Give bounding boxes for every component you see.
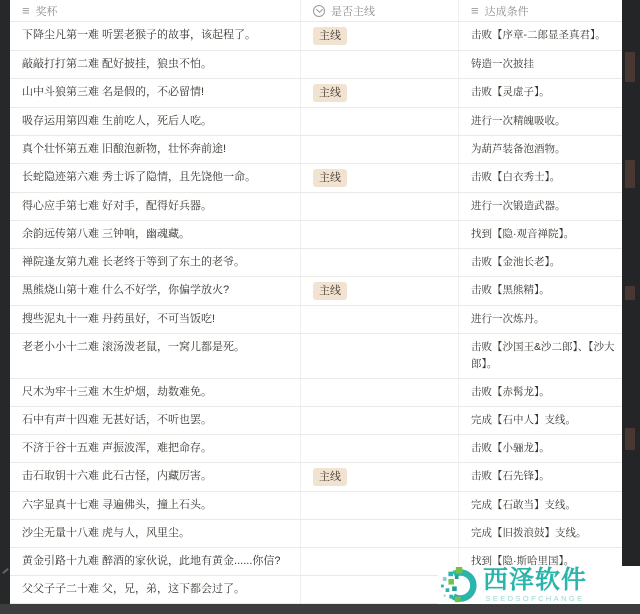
column-label: 奖杯 — [36, 3, 58, 19]
mainline-cell[interactable] — [300, 249, 458, 276]
column-header-condition[interactable]: ≡ 达成条件 — [458, 0, 622, 21]
right-strip-artifact — [625, 160, 635, 188]
table-row: 山中斗狼第三难 名是假的，不必留情! 主线 击败【灵虚子】。 — [10, 79, 622, 108]
watermark: 西泽软件 SEEDSOFCHANGE — [438, 566, 640, 604]
table-header-row: ≡ 奖杯 是否主线 ≡ 达成条件 — [10, 0, 622, 22]
condition-cell[interactable]: 找到【隐·观音禅院】。 — [458, 221, 622, 248]
trophy-cell[interactable]: 尺木为牢十三难 木生炉烟，劫数难免。 — [10, 379, 300, 406]
condition-cell[interactable]: 铸造一次披挂 — [458, 51, 622, 78]
mainline-cell[interactable]: 主线 — [300, 164, 458, 192]
mainline-cell[interactable]: 主线 — [300, 463, 458, 491]
table-row: 黑熊烧山第十难 什么不好学，你偏学放火? 主线 击败【黑熊精】。 — [10, 277, 622, 306]
mainline-cell[interactable] — [300, 108, 458, 135]
trophy-cell[interactable]: 山中斗狼第三难 名是假的，不必留情! — [10, 79, 300, 107]
left-strip-notch — [2, 568, 9, 574]
mainline-badge[interactable]: 主线 — [313, 169, 347, 187]
condition-cell[interactable]: 击败【金池长老】。 — [458, 249, 622, 276]
trophy-cell[interactable]: 击石取钥十六难 此石古怪，内藏厉害。 — [10, 463, 300, 491]
trophy-cell[interactable]: 沙尘无量十八难 虎与人，风里尘。 — [10, 520, 300, 547]
table-row: 下降尘凡第一难 听罢老猴子的故事，该起程了。 主线 击败【序章-二郎显圣真君】。 — [10, 22, 622, 51]
trophy-cell[interactable]: 六字显真十七难 寻遍佛头，撞上石头。 — [10, 492, 300, 519]
condition-cell[interactable]: 完成【石中人】支线。 — [458, 407, 622, 434]
trophy-cell[interactable]: 搜些泥丸十一难 丹药虽好，不可当饭吃! — [10, 306, 300, 333]
trophy-cell[interactable]: 禅院逢友第九难 长老终于等到了东土的老爷。 — [10, 249, 300, 276]
column-header-trophy[interactable]: ≡ 奖杯 — [10, 0, 300, 21]
mainline-badge[interactable]: 主线 — [313, 27, 347, 45]
condition-cell[interactable]: 完成【石敢当】支线。 — [458, 492, 622, 519]
table-row: 六字显真十七难 寻遍佛头，撞上石头。 完成【石敢当】支线。 — [10, 492, 622, 520]
condition-cell[interactable]: 击败【白衣秀士】。 — [458, 164, 622, 192]
mainline-cell[interactable]: 主线 — [300, 22, 458, 50]
right-strip-artifact — [625, 52, 635, 82]
condition-cell[interactable]: 击败【小骊龙】。 — [458, 435, 622, 462]
trophy-cell[interactable]: 老老小小十二难 滚汤泼老鼠，一窝儿都是死。 — [10, 334, 300, 378]
table-row: 余韵远传第八难 三钟响，幽魂藏。 找到【隐·观音禅院】。 — [10, 221, 622, 249]
trophy-cell[interactable]: 余韵远传第八难 三钟响，幽魂藏。 — [10, 221, 300, 248]
table-row: 吸存运用第四难 生前吃人，死后人吃。 进行一次精魄吸收。 — [10, 108, 622, 136]
column-header-mainline[interactable]: 是否主线 — [300, 0, 458, 21]
trophy-cell[interactable]: 黄金引路十九难 醉酒的家伙说，此地有黄金......你信? — [10, 548, 300, 575]
mainline-badge[interactable]: 主线 — [313, 468, 347, 486]
mainline-cell[interactable] — [300, 136, 458, 163]
trophy-cell[interactable]: 敲敲打打第二难 配好披挂，狼虫不怕。 — [10, 51, 300, 78]
mainline-cell[interactable] — [300, 520, 458, 547]
trophy-cell[interactable]: 下降尘凡第一难 听罢老猴子的故事，该起程了。 — [10, 22, 300, 50]
right-strip-artifact — [625, 428, 635, 450]
table-row: 搜些泥丸十一难 丹药虽好，不可当饭吃! 进行一次炼丹。 — [10, 306, 622, 334]
condition-cell[interactable]: 进行一次炼丹。 — [458, 306, 622, 333]
mainline-cell[interactable] — [300, 435, 458, 462]
table-row: 得心应手第七难 好对手，配得好兵器。 进行一次锻造武器。 — [10, 193, 622, 221]
condition-cell[interactable]: 击败【灵虚子】。 — [458, 79, 622, 107]
mainline-cell[interactable]: 主线 — [300, 277, 458, 305]
bottom-dark-band — [0, 604, 640, 614]
condition-cell[interactable]: 进行一次精魄吸收。 — [458, 108, 622, 135]
watermark-subtitle: SEEDSOFCHANGE — [485, 594, 584, 603]
table-row: 真个壮怀第五难 旧酿泡新物，壮怀奔前途! 为葫芦装备泡酒物。 — [10, 136, 622, 164]
watermark-logo-icon — [441, 567, 478, 604]
mainline-cell[interactable] — [300, 51, 458, 78]
trophy-cell[interactable]: 黑熊烧山第十难 什么不好学，你偏学放火? — [10, 277, 300, 305]
trophy-cell[interactable]: 吸存运用第四难 生前吃人，死后人吃。 — [10, 108, 300, 135]
mainline-cell[interactable] — [300, 193, 458, 220]
condition-cell[interactable]: 击败【石先锋】。 — [458, 463, 622, 491]
trophy-table: ≡ 奖杯 是否主线 ≡ 达成条件 下降尘凡第一难 听罢老猴子的故事，该起程了。 … — [10, 0, 622, 604]
mainline-cell[interactable] — [300, 221, 458, 248]
mainline-badge[interactable]: 主线 — [313, 84, 347, 102]
condition-cell[interactable]: 进行一次锻造武器。 — [458, 193, 622, 220]
trophy-cell[interactable]: 真个壮怀第五难 旧酿泡新物，壮怀奔前途! — [10, 136, 300, 163]
mainline-cell[interactable] — [300, 407, 458, 434]
table-row: 沙尘无量十八难 虎与人，风里尘。 完成【旧拨浪鼓】支线。 — [10, 520, 622, 548]
mainline-cell[interactable] — [300, 306, 458, 333]
mainline-cell[interactable] — [300, 492, 458, 519]
right-dark-strip — [622, 0, 640, 614]
table-row: 尺木为牢十三难 木生炉烟，劫数难免。 击败【赤髯龙】。 — [10, 379, 622, 407]
trophy-cell[interactable]: 得心应手第七难 好对手，配得好兵器。 — [10, 193, 300, 220]
list-icon: ≡ — [471, 4, 479, 17]
condition-cell[interactable]: 为葫芦装备泡酒物。 — [458, 136, 622, 163]
trophy-cell[interactable]: 石中有声十四难 无甚好话，不听也罢。 — [10, 407, 300, 434]
mainline-cell[interactable] — [300, 379, 458, 406]
column-label: 是否主线 — [331, 3, 375, 19]
column-label: 达成条件 — [485, 3, 529, 19]
mainline-cell[interactable] — [300, 576, 458, 603]
trophy-cell[interactable]: 不济于谷十五难 声振波浑，难把命存。 — [10, 435, 300, 462]
condition-cell[interactable]: 击败【沙国王&沙二郎】、【沙大郎】。 — [458, 334, 622, 378]
table-row: 长蛇隐迹第六难 秀士诉了隐情，且先饶他一命。 主线 击败【白衣秀士】。 — [10, 164, 622, 193]
select-icon — [313, 5, 325, 17]
mainline-cell[interactable]: 主线 — [300, 79, 458, 107]
mainline-badge[interactable]: 主线 — [313, 282, 347, 300]
left-dark-strip — [0, 0, 10, 614]
right-strip-artifact — [625, 286, 635, 300]
watermark-title: 西泽软件 — [483, 567, 587, 594]
mainline-cell[interactable] — [300, 334, 458, 378]
table-row: 击石取钥十六难 此石古怪，内藏厉害。 主线 击败【石先锋】。 — [10, 463, 622, 492]
condition-cell[interactable]: 击败【赤髯龙】。 — [458, 379, 622, 406]
condition-cell[interactable]: 击败【黑熊精】。 — [458, 277, 622, 305]
condition-cell[interactable]: 击败【序章-二郎显圣真君】。 — [458, 22, 622, 50]
trophy-table-body: 下降尘凡第一难 听罢老猴子的故事，该起程了。 主线 击败【序章-二郎显圣真君】。… — [10, 22, 622, 604]
table-row: 老老小小十二难 滚汤泼老鼠，一窝儿都是死。 击败【沙国王&沙二郎】、【沙大郎】。 — [10, 334, 622, 379]
table-row: 禅院逢友第九难 长老终于等到了东土的老爷。 击败【金池长老】。 — [10, 249, 622, 277]
list-icon: ≡ — [22, 4, 30, 17]
table-row: 敲敲打打第二难 配好披挂，狼虫不怕。 铸造一次披挂 — [10, 51, 622, 79]
trophy-cell[interactable]: 长蛇隐迹第六难 秀士诉了隐情，且先饶他一命。 — [10, 164, 300, 192]
table-row: 石中有声十四难 无甚好话，不听也罢。 完成【石中人】支线。 — [10, 407, 622, 435]
table-row: 不济于谷十五难 声振波浑，难把命存。 击败【小骊龙】。 — [10, 435, 622, 463]
trophy-cell[interactable]: 父父子子二十难 父，兄，弟，这下都会过了。 — [10, 576, 300, 603]
mainline-cell[interactable] — [300, 548, 458, 575]
condition-cell[interactable]: 完成【旧拨浪鼓】支线。 — [458, 520, 622, 547]
